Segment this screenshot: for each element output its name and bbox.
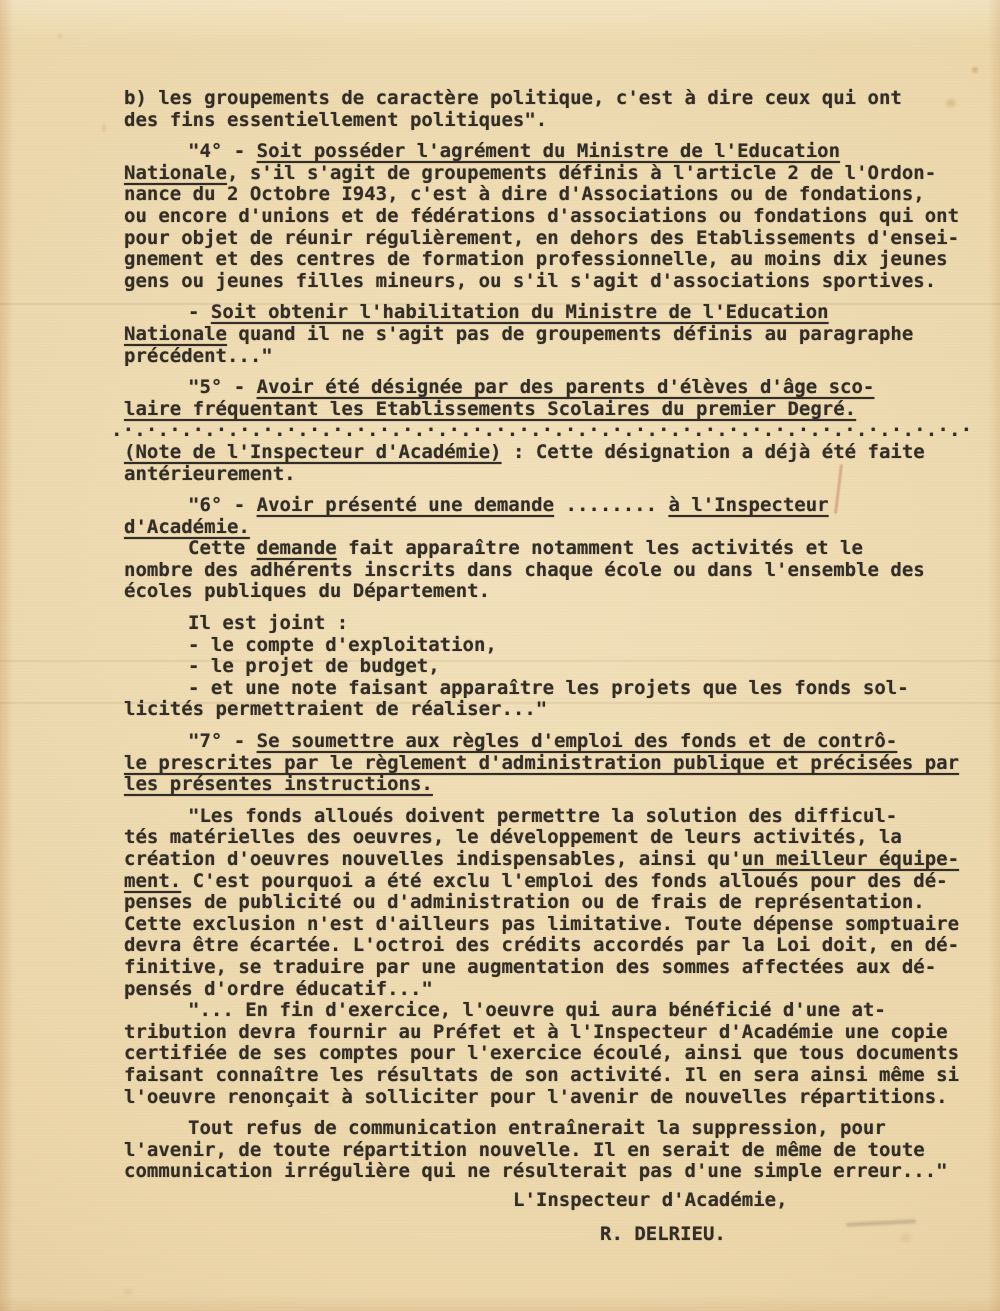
text-line-clause-5: "5° - Avoir été désignée par des parents… [124,377,1000,399]
text: écoles publiques du Département. [124,580,490,602]
text: pour objet de réunir régulièrement, en d… [124,227,959,249]
text-line: faisant connaître les résultats de son a… [124,1065,1000,1087]
text-line: pour objet de réunir régulièrement, en d… [124,228,1000,250]
underlined-text: (Note de l'Inspecteur d'Académie) [124,441,502,463]
list-item: - le projet de budget, [124,656,1000,678]
text-line-inspector-note: (Note de l'Inspecteur d'Académie) : Cett… [124,442,1000,464]
text-line: Tout refus de communication entraînerait… [124,1118,1000,1140]
text-line: ou encore d'unions et de fédérations d'a… [124,206,1000,228]
text: tés matérielles des oeuvres, le développ… [124,826,902,848]
text: "6° - [188,494,257,516]
text: antérieurement. [124,463,296,485]
text-line: pensés d'ordre éducatif..." [124,979,1000,1001]
text: R. DELRIEU. [600,1223,726,1245]
text: "... En fin d'exercice, l'oeuvre qui aur… [188,999,886,1021]
text-line: gens ou jeunes filles mineurs, ou s'il s… [124,271,1000,293]
text: Il est joint : [188,612,348,634]
text-line-clause-4: "4° - Soit posséder l'agrément du Minist… [124,141,1000,163]
underlined-text: Avoir présenté une demande [257,494,554,516]
list-item: - le compte d'exploitation, [124,635,1000,657]
text: "4° - [188,140,257,162]
text: - [188,301,211,323]
dotted-separator: .·.·.·.·.·.·.·.·.·.·.·.·.·.·.·.·.·.·.·.·… [111,420,1000,442]
text: "7° - [188,730,257,752]
text: b) les groupements de caractère politiqu… [124,87,902,109]
text-line: l'avenir, de toute répartition nouvelle.… [124,1140,1000,1162]
text-line: tribution devra fournir au Préfet et à l… [124,1022,1000,1044]
text-line: - Soit obtenir l'habilitation du Ministr… [124,302,1000,324]
text: devra être écartée. L'octroi des crédits… [124,934,959,956]
list-item: - et une note faisant apparaître les pro… [124,678,1000,700]
underlined-text: les présentes instructions. [124,773,433,795]
text-line: antérieurement. [124,464,1000,486]
signature-name: R. DELRIEU. [124,1224,1000,1246]
text-line: b) les groupements de caractère politiqu… [124,88,1000,110]
text-line: certifiée de ses comptes pour l'exercice… [124,1043,1000,1065]
underlined-text: Nationale [124,323,227,345]
text-line: penses de publicité ou d'administration … [124,892,1000,914]
text: L'Inspecteur d'Académie, [513,1189,788,1211]
underlined-text: Nationale [124,162,227,184]
underlined-text: demande [257,537,337,559]
text-line: le prescrites par le règlement d'adminis… [124,753,1000,775]
text: Cette exclusion n'est d'ailleurs pas lim… [124,913,959,935]
text-line: licités permettraient de réaliser..." [124,699,1000,721]
text: fait apparaître notamment les activités … [337,537,863,559]
underlined-text: Avoir été désignée par des parents d'élè… [257,376,875,398]
text-line: "... En fin d'exercice, l'oeuvre qui aur… [124,1000,1000,1022]
text-line: "Les fonds alloués doivent permettre la … [124,806,1000,828]
text: pensés d'ordre éducatif..." [124,978,433,1000]
text-line: devra être écartée. L'octroi des crédits… [124,935,1000,957]
document-page: b) les groupements de caractère politiqu… [0,0,1000,1311]
text-line: Nationale, s'il s'agit de groupements dé… [124,163,1000,185]
text-line: l'oeuvre renonçait à solliciter pour l'a… [124,1087,1000,1109]
text-line-clause-6: "6° - Avoir présenté une demande .......… [124,495,1000,517]
text-line: nance du 2 Octobre I943, c'est à dire d'… [124,184,1000,206]
text: quand il ne s'agit pas de groupements dé… [227,323,913,345]
text: Cette [188,537,257,559]
underlined-text: Soit posséder l'agrément du Ministre de … [257,140,840,162]
text-line: tés matérielles des oeuvres, le développ… [124,827,1000,849]
text-line: Il est joint : [124,613,1000,635]
text-line: précédent..." [124,346,1000,368]
text: : Cette désignation a déjà été faite [502,441,925,463]
text-line: écoles publiques du Département. [124,581,1000,603]
text: tribution devra fournir au Préfet et à l… [124,1021,948,1043]
underlined-text: le prescrites par le règlement d'adminis… [124,752,959,774]
underlined-text: laire fréquentant les Etablissements Sco… [124,398,856,420]
text: finitive, se traduire par une augmentati… [124,956,936,978]
text: "Les fonds alloués doivent permettre la … [188,805,897,827]
text: "5° - [188,376,257,398]
text-line: ment. C'est pourquoi a été exclu l'emplo… [124,871,1000,893]
underlined-text: d'Académie. [124,516,250,538]
text: faisant connaître les résultats de son a… [124,1064,959,1086]
text: nombre des adhérents inscrits dans chaqu… [124,559,925,581]
text: licités permettraient de réaliser..." [124,698,547,720]
typewritten-text: b) les groupements de caractère politiqu… [124,88,1000,1245]
underlined-text: un meilleur équipe- [742,848,959,870]
underlined-text: ment. [124,870,181,892]
text-line: les présentes instructions. [124,774,1000,796]
text: ou encore d'unions et de fédérations d'a… [124,205,959,227]
text-line-clause-7: "7° - Se soumettre aux règles d'emploi d… [124,731,1000,753]
text: précédent..." [124,345,273,367]
text: , s'il s'agit de groupements définis à l… [227,162,936,184]
underlined-text: à l'Inspecteur [668,494,828,516]
text-line: Nationale quand il ne s'agit pas de grou… [124,324,1000,346]
text: C'est pourquoi a été exclu l'emploi des … [181,870,947,892]
text: penses de publicité ou d'administration … [124,891,925,913]
text-line: finitive, se traduire par une augmentati… [124,957,1000,979]
signature-role: L'Inspecteur d'Académie, [124,1190,1000,1212]
text: nance du 2 Octobre I943, c'est à dire d'… [124,183,925,205]
text-line: communication irrégulière qui ne résulte… [124,1161,1000,1183]
underlined-text: Soit obtenir l'habilitation du Ministre … [211,301,829,323]
text: l'oeuvre renonçait à solliciter pour l'a… [124,1086,948,1108]
underlined-text: Se soumettre aux règles d'emploi des fon… [257,730,898,752]
text-line: d'Académie. [124,517,1000,539]
text-line: Cette demande fait apparaître notamment … [124,538,1000,560]
text-line: nombre des adhérents inscrits dans chaqu… [124,560,1000,582]
text: gnement et des centres de formation prof… [124,248,948,270]
text: communication irrégulière qui ne résulte… [124,1160,948,1182]
text: création d'oeuvres nouvelles indispensab… [124,848,742,870]
text-line: des fins essentiellement politiques". [124,110,1000,132]
text: des fins essentiellement politiques". [124,109,547,131]
text: ........ [554,494,668,516]
text: - le compte d'exploitation, [188,634,497,656]
text-line: Cette exclusion n'est d'ailleurs pas lim… [124,914,1000,936]
text-line: laire fréquentant les Etablissements Sco… [124,399,1000,421]
text: - le projet de budget, [188,655,440,677]
text: - et une note faisant apparaître les pro… [188,677,909,699]
text: l'avenir, de toute répartition nouvelle.… [124,1139,925,1161]
text: Tout refus de communication entraînerait… [188,1117,886,1139]
text: certifiée de ses comptes pour l'exercice… [124,1042,959,1064]
text-line: gnement et des centres de formation prof… [124,249,1000,271]
text: gens ou jeunes filles mineurs, ou s'il s… [124,270,936,292]
text-line: création d'oeuvres nouvelles indispensab… [124,849,1000,871]
